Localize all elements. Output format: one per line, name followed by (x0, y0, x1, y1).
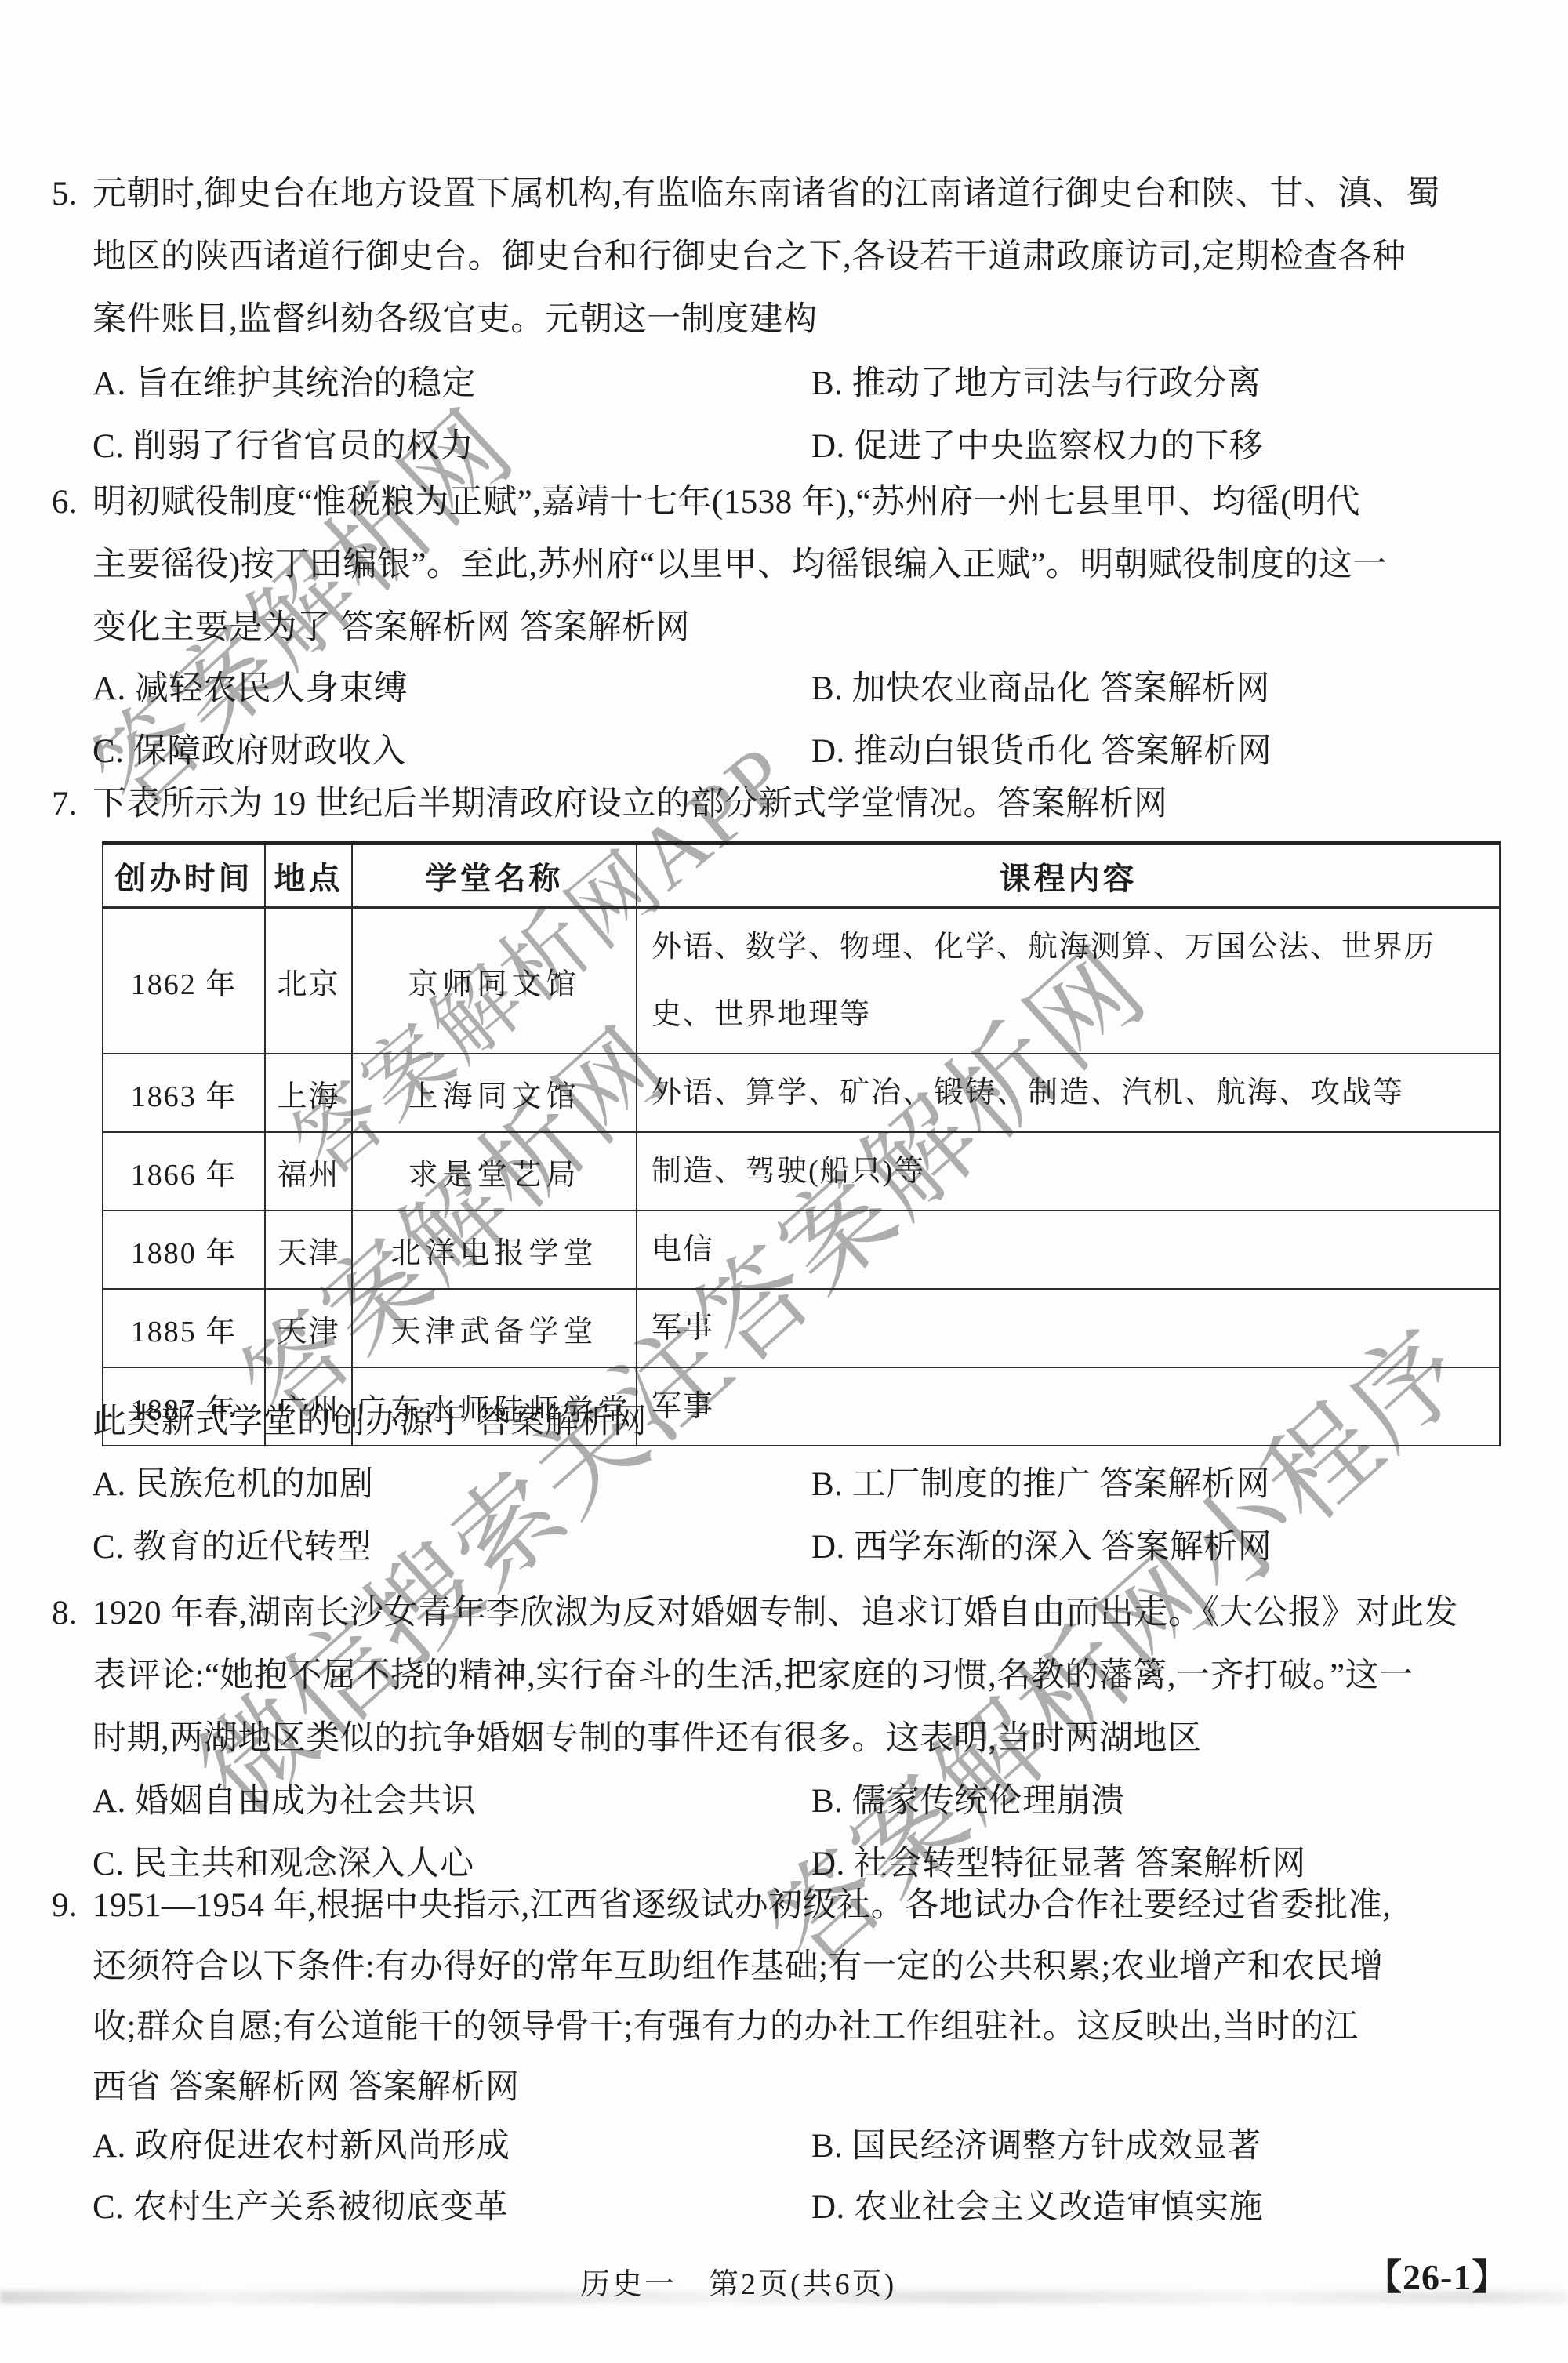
question-text: 下表所示为 19 世纪后半期清政府设立的部分新式学堂情况。答案解析网 (93, 784, 1168, 825)
option-a: A. 婚姻自由成为社会共识 (93, 1783, 476, 1820)
question-5-line-2: 地区的陕西诸道行御史台。御史台和行御史台之下,各设若干道肃政廉访司,定期检查各种 (93, 237, 1406, 278)
cell-year: 1862 年 (103, 908, 265, 1054)
cell-course: 军事 (637, 1367, 1500, 1446)
cell-course: 军事 (637, 1289, 1500, 1367)
question-9-line-4: 西省 答案解析网 答案解析网 (93, 2067, 520, 2108)
option-c: C. 民主共和观念深入人心 (93, 1846, 474, 1882)
cell-school: 上海同文馆 (352, 1054, 637, 1132)
table-row: 1863 年 上海 上海同文馆 外语、算学、矿冶、锻铸、制造、汽机、航海、攻战等 (103, 1054, 1500, 1132)
table-row: 1885 年 天津 天津武备学堂 军事 (103, 1289, 1500, 1367)
question-8-line-3: 时期,两湖地区类似的抗争婚姻专制的事件还有很多。这表明,当时两湖地区 (93, 1719, 1202, 1759)
question-text: 1951—1954 年,根据中央指示,江西省逐级试办初级社。各地试办合作社要经过… (93, 1886, 1392, 1926)
question-9-line-2: 还须符合以下条件:有办得好的常年互助组作基础;有一定的公共积累;农业增产和农民增 (93, 1947, 1384, 1987)
option-c: C. 保障政府财政收入 (93, 733, 406, 770)
cell-course: 制造、驾驶(船只)等 (637, 1132, 1500, 1211)
question-8-options-ab: A. 婚姻自由成为社会共识 B. 儒家传统伦理崩溃 (93, 1781, 1499, 1822)
option-b: B. 儒家传统伦理崩溃 (811, 1781, 1125, 1822)
exam-page: 答案解析网 答案解析网APP 答案解析网 微信搜索关注答案解析网 答案解析网小程… (0, 0, 1568, 2363)
option-a: A. 减轻农民人身束缚 (93, 670, 408, 707)
cell-place: 天津 (265, 1289, 352, 1367)
question-text: 明初赋役制度“惟税粮为正赋”,嘉靖十七年(1538 年),“苏州府一州七县里甲、… (93, 482, 1360, 523)
question-9-line-1: 9.1951—1954 年,根据中央指示,江西省逐级试办初级社。各地试办合作社要… (52, 1886, 1392, 1926)
option-c: C. 农村生产关系被彻底变革 (93, 2189, 508, 2226)
cell-year: 1866 年 (103, 1132, 265, 1211)
question-8-line-2: 表评论:“她抱不屈不挠的精神,实行奋斗的生活,把家庭的习惯,名教的藩篱,一齐打破… (93, 1656, 1414, 1697)
cell-year: 1880 年 (103, 1211, 265, 1289)
question-7-options-cd: C. 教育的近代转型 D. 西学东渐的深入 答案解析网 (93, 1527, 1499, 1568)
question-9-line-3: 收;群众自愿;有公道能干的领导骨干;有强有力的办社工作组驻社。这反映出,当时的江 (93, 2007, 1359, 2048)
question-number: 5. (52, 174, 93, 215)
question-8-line-1: 8.1920 年春,湖南长沙女青年李欣淑为反对婚姻专制、追求订婚自由而出走。《大… (52, 1593, 1458, 1634)
question-9-options-ab: A. 政府促进农村新风尚形成 B. 国民经济调整方针成效显著 (93, 2126, 1499, 2167)
question-6-options-cd: C. 保障政府财政收入 D. 推动白银货币化 答案解析网 (93, 731, 1499, 772)
question-7-options-ab: A. 民族危机的加剧 B. 工厂制度的推广 答案解析网 (93, 1465, 1499, 1505)
option-a: A. 政府促进农村新风尚形成 (93, 2128, 510, 2165)
table-row: 1862 年 北京 京师同文馆 外语、数学、物理、化学、航海测算、万国公法、世界… (103, 908, 1500, 1054)
cell-course: 电信 (637, 1211, 1500, 1289)
option-c: C. 削弱了行省官员的权力 (93, 428, 474, 465)
question-text: 1920 年春,湖南长沙女青年李欣淑为反对婚姻专制、追求订婚自由而出走。《大公报… (93, 1593, 1458, 1634)
question-5-line-1: 5.元朝时,御史台在地方设置下属机构,有监临东南诸省的江南诸道行御史台和陕、甘、… (52, 174, 1440, 215)
cell-place: 北京 (265, 908, 352, 1054)
option-b: B. 工厂制度的推广 答案解析网 (811, 1465, 1270, 1505)
option-d: D. 社会转型特征显著 答案解析网 (811, 1844, 1306, 1885)
cell-year: 1885 年 (103, 1289, 265, 1367)
table-row: 1880 年 天津 北洋电报学堂 电信 (103, 1211, 1500, 1289)
question-number: 6. (52, 482, 93, 523)
question-number: 7. (52, 784, 93, 825)
table-header-row: 创办时间 地点 学堂名称 课程内容 (103, 844, 1500, 908)
question-6-options-ab: A. 减轻农民人身束缚 B. 加快农业商品化 答案解析网 (93, 669, 1499, 710)
question-6-line-1: 6.明初赋役制度“惟税粮为正赋”,嘉靖十七年(1538 年),“苏州府一州七县里… (52, 482, 1360, 523)
option-a: A. 民族危机的加剧 (93, 1466, 374, 1503)
option-b: B. 加快农业商品化 答案解析网 (811, 669, 1270, 710)
question-5-options-ab: A. 旨在维护其统治的稳定 B. 推动了地方司法与行政分离 (93, 364, 1499, 405)
cell-course: 外语、算学、矿冶、锻铸、制造、汽机、航海、攻战等 (637, 1054, 1500, 1132)
table-row: 1866 年 福州 求是堂艺局 制造、驾驶(船只)等 (103, 1132, 1500, 1211)
cell-place: 天津 (265, 1211, 352, 1289)
table-header-cell: 课程内容 (637, 844, 1500, 908)
cell-year: 1863 年 (103, 1054, 265, 1132)
option-d: D. 促进了中央监察权力的下移 (811, 427, 1263, 467)
question-9-options-cd: C. 农村生产关系被彻底变革 D. 农业社会主义改造审慎实施 (93, 2187, 1499, 2228)
question-6-line-2: 主要徭役)按丁田编银”。至此,苏州府“以里甲、均徭银编入正赋”。明朝赋役制度的这… (93, 545, 1387, 586)
table-header-cell: 学堂名称 (352, 844, 637, 908)
footer-page-label: 历史一 第2页(共6页) (580, 2260, 896, 2303)
cell-course: 外语、数学、物理、化学、航海测算、万国公法、世界历史、世界地理等 (637, 908, 1500, 1054)
cell-school: 京师同文馆 (352, 908, 637, 1054)
cell-school: 求是堂艺局 (352, 1132, 637, 1211)
question-5-line-3: 案件账目,监督纠劾各级官吏。元朝这一制度建构 (93, 299, 818, 340)
question-7-tail-line: 此类新式学堂的创办源于 答案解析网 (93, 1402, 647, 1443)
question-text: 元朝时,御史台在地方设置下属机构,有监临东南诸省的江南诸道行御史台和陕、甘、滇、… (93, 174, 1440, 215)
cell-school: 天津武备学堂 (352, 1289, 637, 1367)
table-header-cell: 创办时间 (103, 844, 265, 908)
option-b: B. 国民经济调整方针成效显著 (811, 2126, 1261, 2167)
cell-place: 上海 (265, 1054, 352, 1132)
table-header-cell: 地点 (265, 844, 352, 908)
option-a: A. 旨在维护其统治的稳定 (93, 365, 476, 402)
footer-paper-code: 【26-1】 (1366, 2249, 1508, 2300)
cell-school: 北洋电报学堂 (352, 1211, 637, 1289)
question-number: 9. (52, 1886, 93, 1926)
question-7-line-1: 7.下表所示为 19 世纪后半期清政府设立的部分新式学堂情况。答案解析网 (52, 784, 1168, 825)
option-d: D. 西学东渐的深入 答案解析网 (811, 1527, 1272, 1568)
cell-place: 福州 (265, 1132, 352, 1211)
question-6-line-3: 变化主要是为了 答案解析网 答案解析网 (93, 608, 690, 648)
schools-table: 创办时间 地点 学堂名称 课程内容 1862 年 北京 京师同文馆 外语、数学、… (102, 841, 1501, 1446)
question-5-options-cd: C. 削弱了行省官员的权力 D. 促进了中央监察权力的下移 (93, 427, 1499, 467)
option-c: C. 教育的近代转型 (93, 1529, 372, 1566)
question-number: 8. (52, 1593, 93, 1634)
option-d: D. 农业社会主义改造审慎实施 (811, 2187, 1263, 2228)
question-8-options-cd: C. 民主共和观念深入人心 D. 社会转型特征显著 答案解析网 (93, 1844, 1499, 1885)
option-d: D. 推动白银货币化 答案解析网 (811, 731, 1272, 772)
option-b: B. 推动了地方司法与行政分离 (811, 364, 1261, 405)
